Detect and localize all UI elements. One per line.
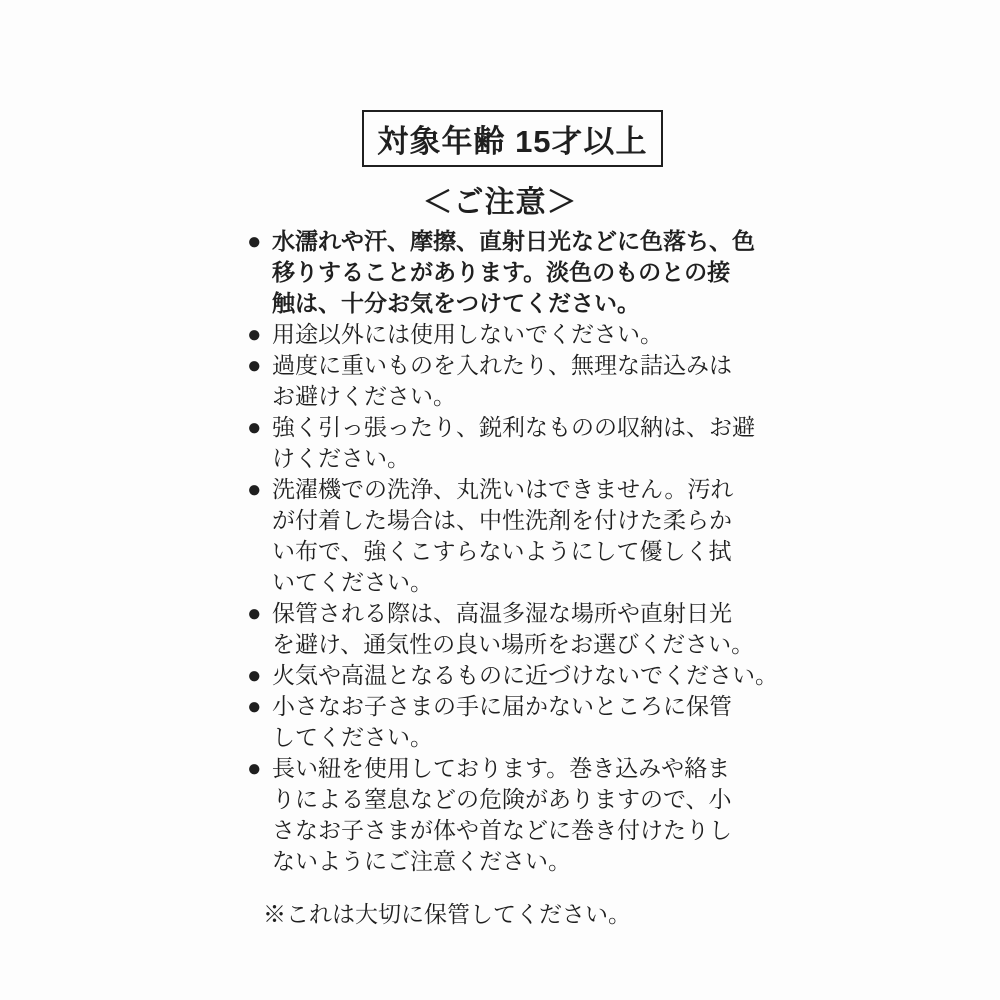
bullet-icon: ● — [247, 691, 262, 722]
notice-text: 小さなお子さまの手に届かないところに保管 してください。 — [272, 693, 732, 750]
notice-text: 火気や高温となるものに近づけないでください。 — [272, 662, 778, 688]
notice-text: 水濡れや汗、摩擦、直射日光などに色落ち、色 移りすることがあります。淡色のものと… — [272, 228, 755, 316]
notice-text: 過度に重いものを入れたり、無理な詰込みは お避けください。 — [272, 352, 732, 409]
notice-item: ● 小さなお子さまの手に届かないところに保管 してください。 — [248, 691, 796, 753]
bullet-icon: ● — [247, 474, 262, 505]
age-restriction-label: 対象年齢 15才以上 — [377, 116, 647, 161]
notice-text: 保管される際は、高温多湿な場所や直射日光 を避け、通気性の良い場所をお選びくださ… — [272, 600, 754, 657]
notice-item: ● 洗濯機での洗浄、丸洗いはできません。汚れ が付着した場合は、中性洗剤を付けた… — [248, 474, 796, 598]
care-instructions-sheet: 対象年齢 15才以上 ＜ご注意＞ ● 水濡れや汗、摩擦、直射日光などに色落ち、色… — [0, 0, 1000, 1000]
notice-text: 洗濯機での洗浄、丸洗いはできません。汚れ が付着した場合は、中性洗剤を付けた柔ら… — [272, 476, 733, 595]
notice-item: ● 過度に重いものを入れたり、無理な詰込みは お避けください。 — [248, 350, 796, 412]
notice-item: ● 火気や高温となるものに近づけないでください。 — [248, 660, 796, 691]
age-restriction-box: 対象年齢 15才以上 — [362, 110, 663, 167]
bullet-icon: ● — [247, 753, 262, 784]
caution-heading: ＜ご注意＞ — [0, 177, 1000, 221]
bullet-icon: ● — [247, 350, 262, 381]
notice-item: ● 長い紐を使用しております。巻き込みや絡ま りによる窒息などの危険がありますの… — [248, 753, 796, 877]
notice-item: ● 水濡れや汗、摩擦、直射日光などに色落ち、色 移りすることがあります。淡色のも… — [248, 226, 796, 319]
bullet-icon: ● — [247, 412, 262, 443]
bullet-icon: ● — [247, 226, 262, 257]
bullet-icon: ● — [247, 660, 262, 691]
bullet-icon: ● — [247, 598, 262, 629]
notice-item: ● 保管される際は、高温多湿な場所や直射日光 を避け、通気性の良い場所をお選びく… — [248, 598, 796, 660]
bullet-icon: ● — [247, 319, 262, 350]
notice-item: ● 用途以外には使用しないでください。 — [248, 319, 796, 350]
storage-footnote: ※これは大切に保管してください。 — [263, 899, 631, 930]
notice-text: 用途以外には使用しないでください。 — [272, 321, 663, 347]
notice-text: 強く引っ張ったり、鋭利なものの収納は、お避 けください。 — [272, 414, 755, 471]
notice-item: ● 強く引っ張ったり、鋭利なものの収納は、お避 けください。 — [248, 412, 796, 474]
notice-list: ● 水濡れや汗、摩擦、直射日光などに色落ち、色 移りすることがあります。淡色のも… — [248, 226, 796, 877]
notice-text: 長い紐を使用しております。巻き込みや絡ま りによる窒息などの危険がありますので、… — [272, 755, 732, 874]
